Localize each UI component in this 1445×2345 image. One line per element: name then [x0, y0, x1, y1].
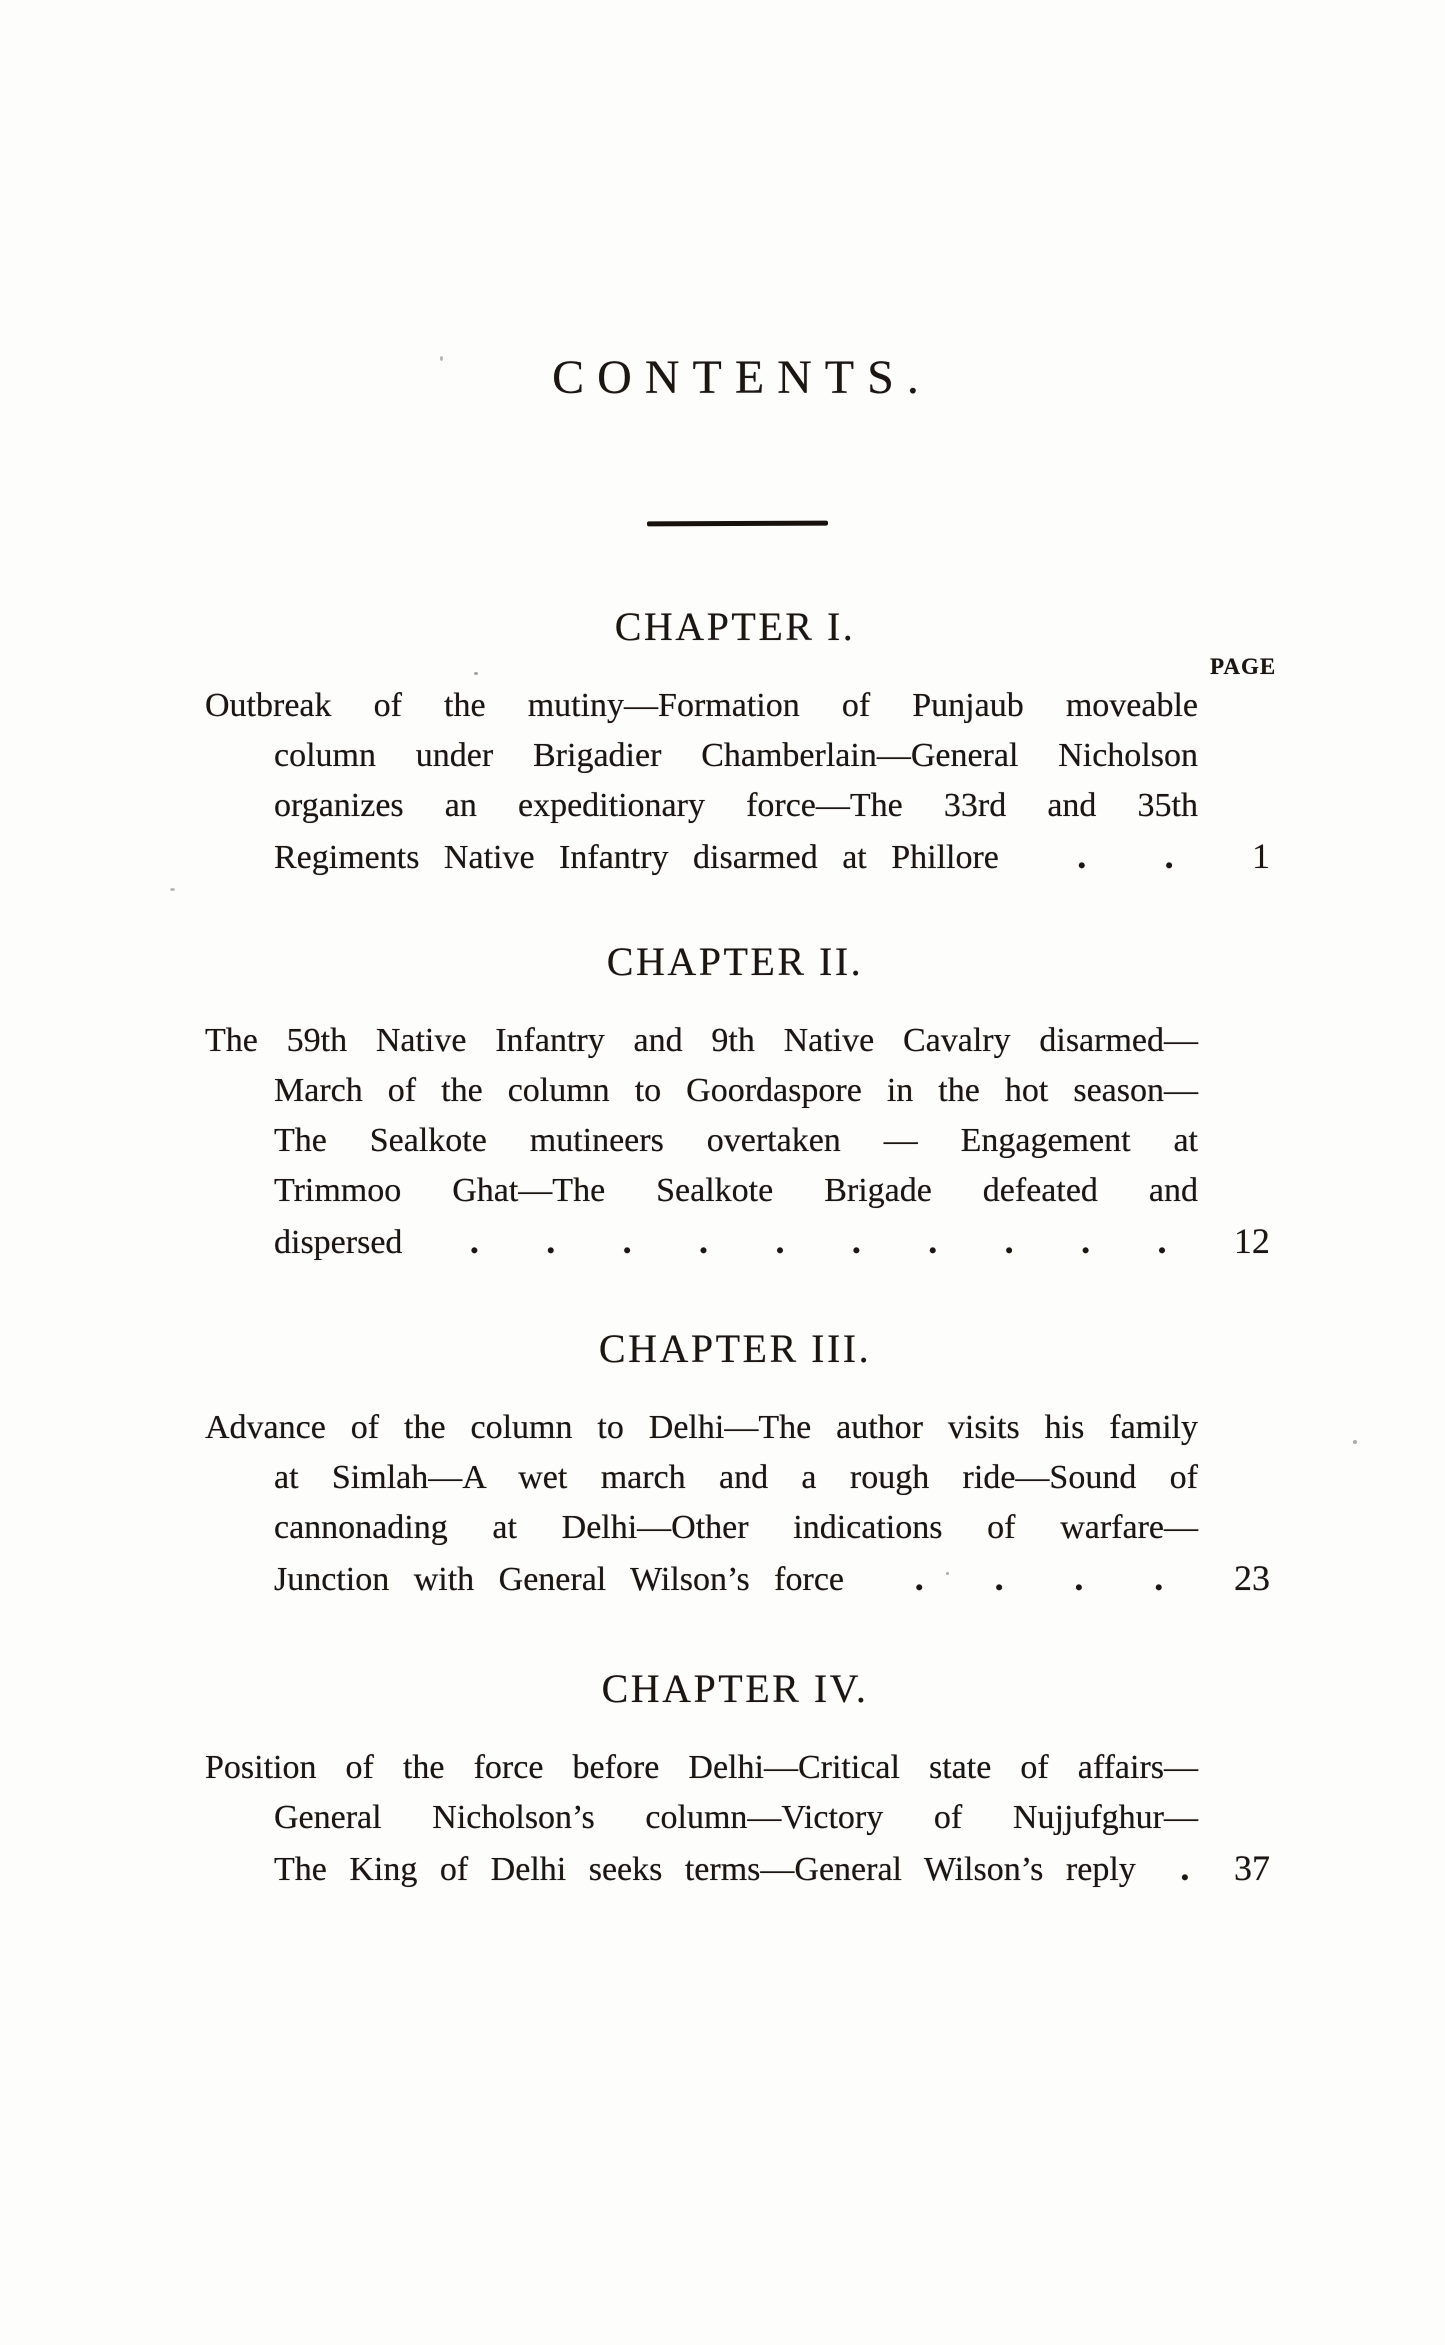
toc-entry-text: The King of Delhi seeks terms—General Wi…: [274, 1845, 1136, 1895]
scanned-book-page: CONTENTS. PAGE CHAPTER I. Outbreak of th…: [0, 0, 1445, 2345]
toc-entry-last-line: The King of Delhi seeks terms—General Wi…: [274, 1843, 1270, 1893]
chapter-3-heading: CHAPTER III.: [205, 1329, 1265, 1369]
toc-entry-line: General Nicholson’s column—Victory of Nu…: [274, 1793, 1198, 1843]
leader-dot: .: [1165, 831, 1174, 881]
toc-chapter-4: CHAPTER IV. Position of the force before…: [205, 1669, 1265, 1893]
leader-dot: .: [928, 1216, 937, 1266]
toc-entry-line: cannonading at Delhi—Other indications o…: [274, 1503, 1198, 1553]
scan-speck: [946, 1572, 949, 1575]
leader-dot: .: [852, 1216, 861, 1266]
toc-entry-line: at Simlah—A wet march and a rough ride—S…: [274, 1453, 1198, 1503]
leader-dot: .: [1077, 831, 1086, 881]
page-number: 23: [1234, 1553, 1270, 1603]
leader-dot: .: [1081, 1216, 1090, 1266]
leader-dot: .: [546, 1216, 555, 1266]
title-divider-rule: [647, 521, 828, 527]
leader-dot: .: [1074, 1553, 1083, 1603]
toc-entry-last-line: Regiments Native Infantry disarmed at Ph…: [274, 831, 1270, 881]
toc-chapter-2: CHAPTER II. The 59th Native Infantry and…: [205, 942, 1265, 1266]
toc-entry-line: Trimmoo Ghat—The Sealkote Brigade defeat…: [274, 1166, 1198, 1216]
leader-dot: .: [470, 1216, 479, 1266]
leader-dot: .: [1005, 1216, 1014, 1266]
toc-entry-line: Outbreak of the mutiny—Formation of Punj…: [205, 681, 1198, 731]
toc-entry-line: March of the column to Goordaspore in th…: [274, 1066, 1198, 1116]
toc-chapter-3: CHAPTER III. Advance of the column to De…: [205, 1329, 1265, 1603]
chapter-2-summary: The 59th Native Infantry and 9th Native …: [205, 1016, 1265, 1266]
toc-entry-text: Junction with General Wilson’s force: [274, 1555, 844, 1605]
page-title: CONTENTS.: [205, 353, 1265, 403]
toc-entry-text: Regiments Native Infantry disarmed at Ph…: [274, 833, 999, 883]
toc-entry-line: organizes an expeditionary force—The 33r…: [274, 781, 1198, 831]
toc-entry-last-line: Junction with General Wilson’s force . .…: [274, 1553, 1270, 1603]
leader-dot: .: [1180, 1843, 1189, 1893]
scan-speck: [1353, 1440, 1357, 1444]
page-number: 1: [1252, 831, 1270, 881]
scan-speck: [440, 356, 443, 361]
leader-dot: .: [775, 1216, 784, 1266]
toc-entry-line: column under Brigadier Chamberlain—Gener…: [274, 731, 1198, 781]
toc-entry-line: The Sealkote mutineers overtaken — Engag…: [274, 1116, 1198, 1166]
page-number: 37: [1234, 1843, 1270, 1893]
toc-entry-last-line: dispersed . . . . . . . . . . 12: [274, 1216, 1270, 1266]
leader-dot: .: [995, 1553, 1004, 1603]
chapter-2-heading: CHAPTER II.: [205, 942, 1265, 982]
chapter-4-summary: Position of the force before Delhi—Criti…: [205, 1743, 1265, 1893]
scan-speck: [170, 888, 175, 891]
leader-dot: .: [1154, 1553, 1163, 1603]
toc-entry-line: Advance of the column to Delhi—The autho…: [205, 1403, 1198, 1453]
page-number: 12: [1234, 1216, 1270, 1266]
leader-dot: .: [915, 1553, 924, 1603]
leader-dot: .: [699, 1216, 708, 1266]
chapter-4-heading: CHAPTER IV.: [205, 1669, 1265, 1709]
toc-chapter-1: CHAPTER I. Outbreak of the mutiny—Format…: [205, 607, 1265, 881]
leader-dot: .: [1157, 1216, 1166, 1266]
leader-dot: .: [623, 1216, 632, 1266]
toc-entry-line: The 59th Native Infantry and 9th Native …: [205, 1016, 1198, 1066]
chapter-1-heading: CHAPTER I.: [205, 607, 1265, 647]
chapter-1-summary: Outbreak of the mutiny—Formation of Punj…: [205, 681, 1265, 881]
scan-speck: [474, 672, 478, 675]
toc-entry-text: dispersed: [274, 1218, 402, 1268]
chapter-3-summary: Advance of the column to Delhi—The autho…: [205, 1403, 1265, 1603]
toc-entry-line: Position of the force before Delhi—Criti…: [205, 1743, 1198, 1793]
